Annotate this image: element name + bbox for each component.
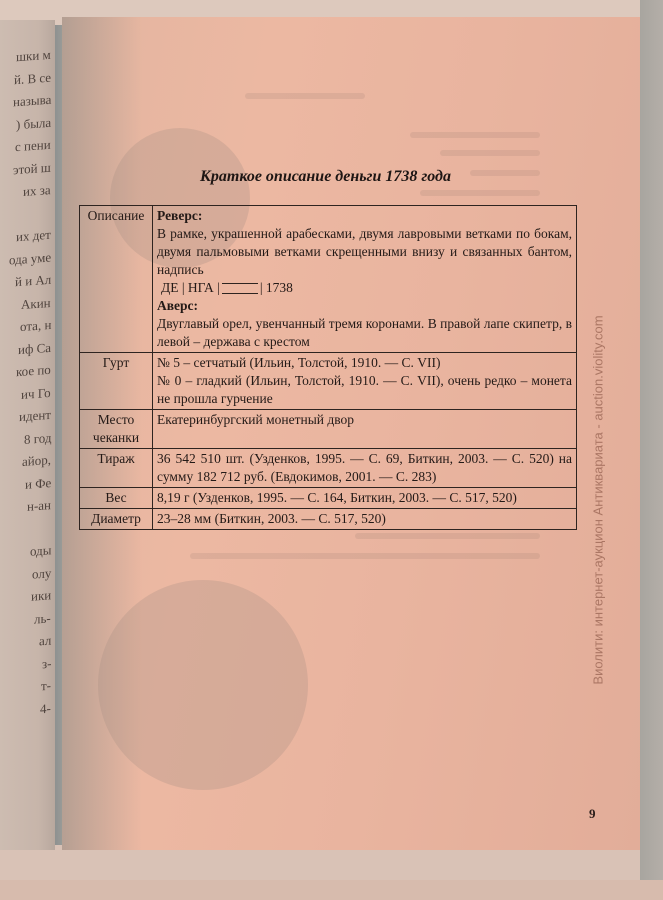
bleed-through-text xyxy=(420,190,540,196)
left-page-text-fragment: называ xyxy=(13,92,51,111)
section-title: Краткое описание деньги 1738 года xyxy=(0,168,657,186)
left-page-text-fragment: ль- xyxy=(34,610,51,627)
table-row: Диаметр 23–28 мм (Биткин, 2003. — С. 517… xyxy=(80,509,577,530)
left-page-text-fragment: 8 год xyxy=(24,430,52,448)
edge-type-line: № 0 – гладкий (Ильин, Толстой, 1910. — С… xyxy=(157,372,572,408)
bleed-through-coin-circle xyxy=(98,580,308,790)
background-bottom xyxy=(0,880,663,900)
left-page-text-fragment: т- xyxy=(41,678,51,695)
watermark: Виолити: интернет-аукцион Антиквариата -… xyxy=(591,315,606,684)
inscription-part: ДЕ | xyxy=(161,280,185,295)
row-label: Гурт xyxy=(80,353,153,410)
row-value: № 5 – сетчатый (Ильин, Толстой, 1910. — … xyxy=(153,353,577,410)
left-page-text-fragment: кое по xyxy=(16,362,51,380)
obverse-heading: Аверс: xyxy=(157,297,572,315)
left-page-text-fragment: 4- xyxy=(40,700,51,717)
left-page-text-fragment: айор, xyxy=(22,452,51,470)
left-page-text-fragment: их дет xyxy=(16,227,51,245)
edge-type-line: № 5 – сетчатый (Ильин, Толстой, 1910. — … xyxy=(157,354,572,372)
left-page-text-fragment: ) была xyxy=(16,114,51,132)
bleed-through-text xyxy=(440,150,540,156)
bleed-through-text xyxy=(355,533,540,539)
row-value: 8,19 г (Узденков, 1995. — С. 164, Биткин… xyxy=(153,488,577,509)
inscription-part: | 1738 xyxy=(260,280,293,295)
coin-description-table: Описание Реверс: В рамке, украшенной ара… xyxy=(79,205,577,530)
table-row: Описание Реверс: В рамке, украшенной ара… xyxy=(80,206,577,353)
left-page-text-fragment: з- xyxy=(42,655,51,672)
left-page-text-fragment: Акин xyxy=(21,294,51,312)
left-page-text-fragment: иф Са xyxy=(18,339,51,357)
left-page-text-fragment: идент xyxy=(19,407,51,425)
row-label: Вес xyxy=(80,488,153,509)
table-row: Вес 8,19 г (Узденков, 1995. — С. 164, Би… xyxy=(80,488,577,509)
left-page-text-fragment: ота, н xyxy=(20,317,51,335)
row-value: Реверс: В рамке, украшенной арабесками, … xyxy=(153,206,577,353)
left-page-text-fragment: н-ан xyxy=(27,497,51,515)
row-label: Диаметр xyxy=(80,509,153,530)
left-page-text-fragment: с пени xyxy=(15,137,51,155)
left-facing-page: шки мй. В сеназыва) былас пениэтой ших з… xyxy=(0,20,55,850)
left-page-text-fragment: й. В се xyxy=(14,69,51,88)
row-value: 36 542 510 шт. (Узденков, 1995. — С. 69,… xyxy=(153,449,577,488)
left-page-text-fragment: ич Го xyxy=(21,384,51,402)
bleed-through-text xyxy=(190,553,540,559)
row-label: Тираж xyxy=(80,449,153,488)
left-page-text-fragment: олу xyxy=(32,565,51,582)
left-page-text-fragment: ал xyxy=(39,633,51,650)
inscription-part: НГА | xyxy=(188,280,220,295)
table-row: Гурт № 5 – сетчатый (Ильин, Толстой, 191… xyxy=(80,353,577,410)
bleed-through-text xyxy=(245,93,365,99)
table-row: Тираж 36 542 510 шт. (Узденков, 1995. — … xyxy=(80,449,577,488)
reverse-text: В рамке, украшенной арабесками, двумя ла… xyxy=(157,225,572,279)
reverse-heading: Реверс: xyxy=(157,207,572,225)
left-page-text-fragment: ики xyxy=(31,587,51,604)
page-number: 9 xyxy=(589,806,596,822)
row-value: Екатеринбургский монетный двор xyxy=(153,410,577,449)
row-label: Место чеканки xyxy=(80,410,153,449)
left-page-text-fragment: шки м xyxy=(16,47,51,65)
table-row: Место чеканки Екатеринбургский монетный … xyxy=(80,410,577,449)
bleed-through-text xyxy=(410,132,540,138)
background-right xyxy=(640,0,663,900)
left-page-text-fragment: и Фе xyxy=(25,475,51,493)
left-page-text-fragment: оды xyxy=(30,542,51,560)
row-value: 23–28 мм (Биткин, 2003. — С. 517, 520) xyxy=(153,509,577,530)
inscription: ДЕ | НГА || 1738 xyxy=(157,279,572,297)
obverse-text: Двуглавый орел, увенчанный тремя коронам… xyxy=(157,315,572,351)
left-page-text-fragment: й и Ал xyxy=(15,272,51,291)
row-label: Описание xyxy=(80,206,153,353)
inscription-blank-cartouche xyxy=(222,283,258,294)
left-page-text-fragment: ода уме xyxy=(9,249,51,268)
